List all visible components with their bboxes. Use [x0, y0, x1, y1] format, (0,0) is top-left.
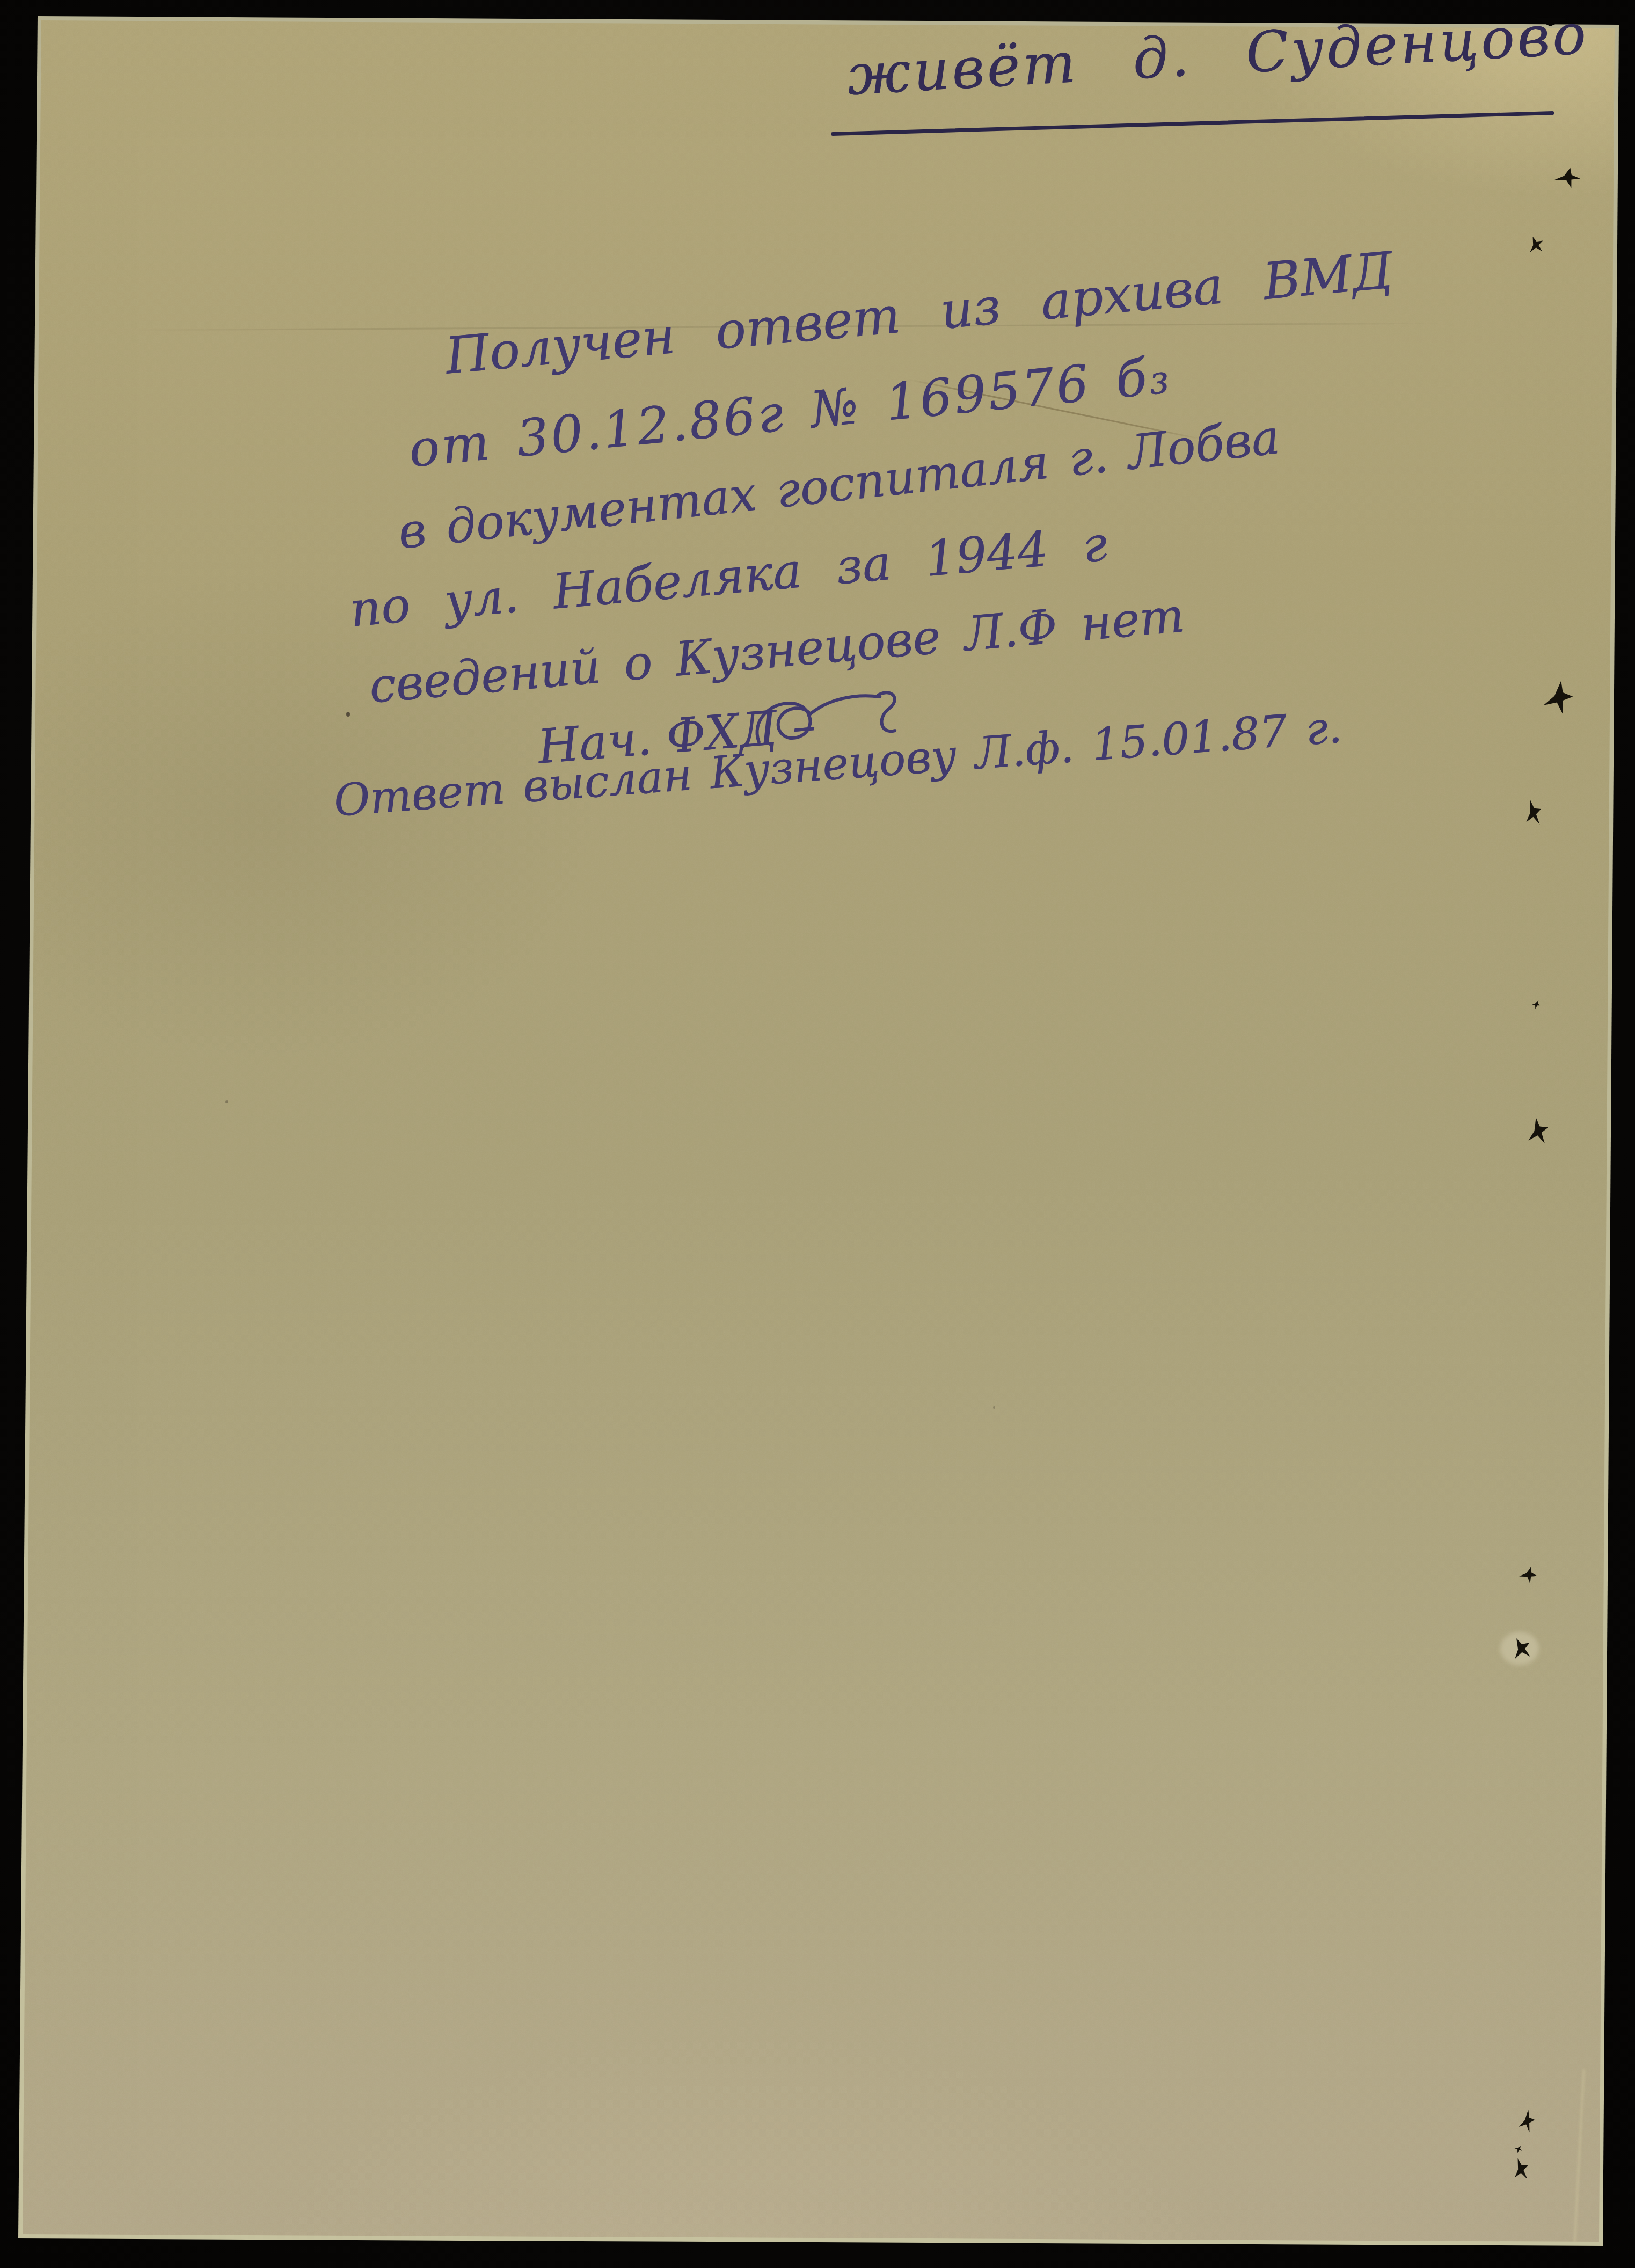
ink-speck [346, 712, 350, 717]
scan-background: живёт д. Суденцово Получен ответ из архи… [0, 0, 1635, 2268]
dust-speck [993, 1406, 995, 1409]
dust-speck [225, 1100, 228, 1103]
